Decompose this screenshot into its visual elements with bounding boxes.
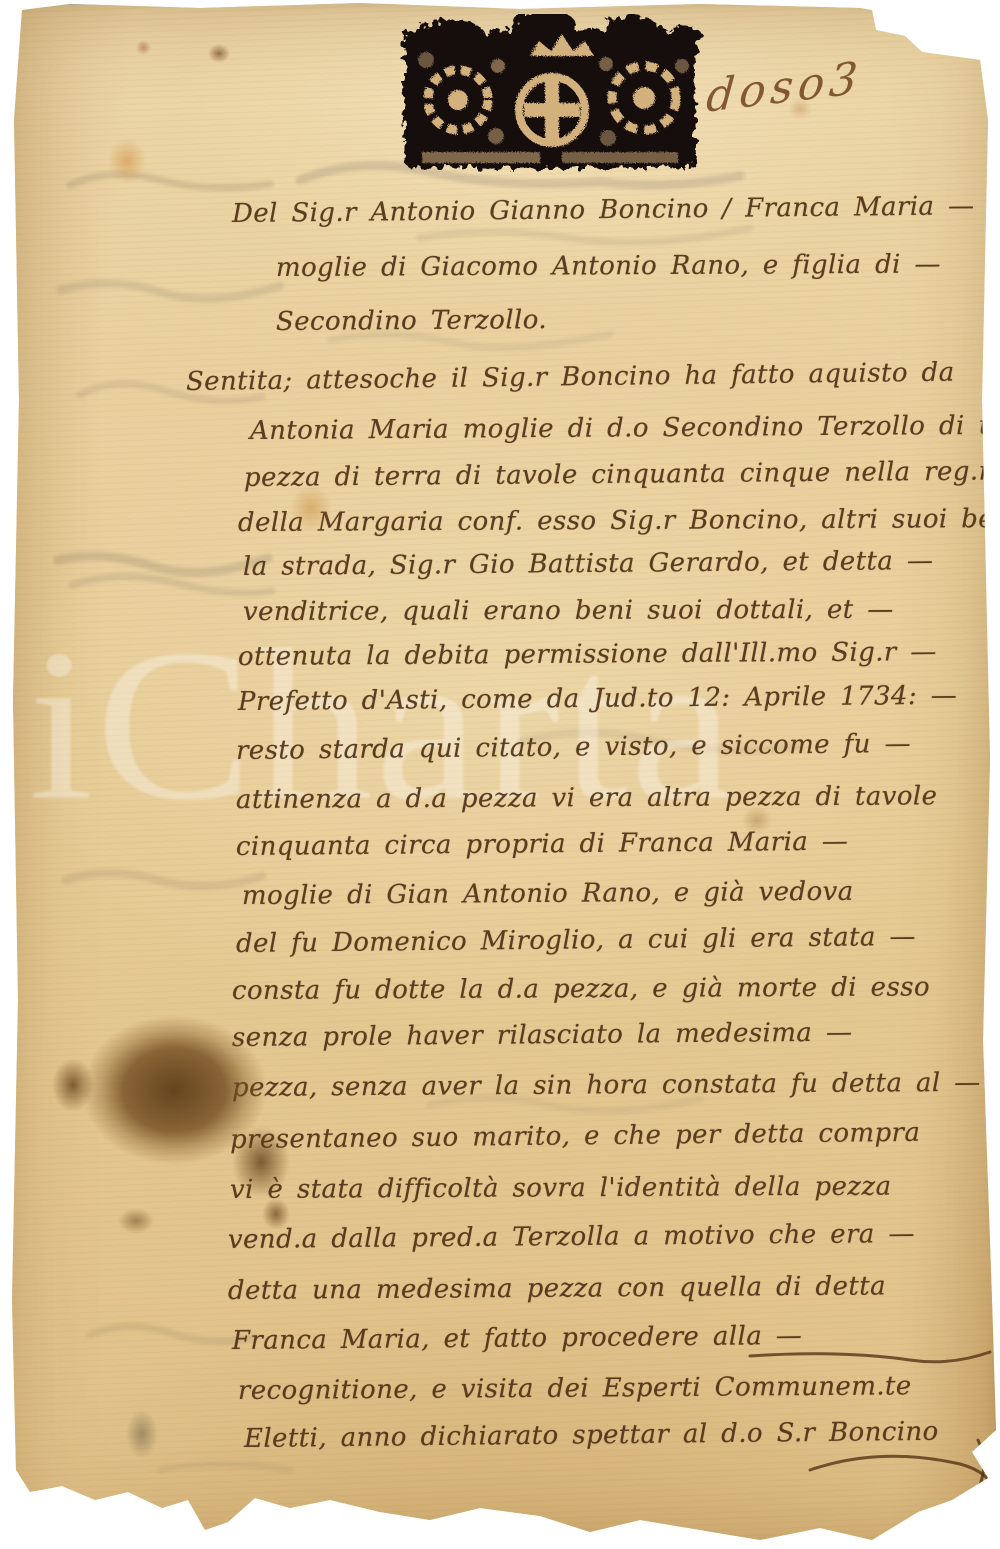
manuscript-paper: iCharta [0, 0, 1000, 1549]
scanned-document: iCharta [0, 0, 1000, 1549]
manuscript-line: cinquanta circa propria di Franca Maria … [236, 828, 849, 863]
manuscript-line: senza prole haver rilasciato la medesima… [232, 1019, 853, 1054]
manuscript-line: detta una medesima pezza con quella di d… [228, 1272, 886, 1306]
pen-flourish [740, 1320, 1000, 1530]
manuscript-line: pezza, senza aver la sin hora constata f… [232, 1069, 981, 1104]
scan-edge-artifact [25, 0, 245, 5]
manuscript-line: la strada, Sig.r Gio Battista Gerardo, e… [243, 547, 934, 583]
manuscript-line: Franca Maria, et fatto procedere alla — [232, 1322, 803, 1357]
manuscript-line: attinenza a d.a pezza vi era altra pezza… [236, 782, 938, 816]
revenue-stamp-icon [392, 14, 714, 178]
manuscript-line: vend.a dalla pred.a Terzolla a motivo ch… [228, 1220, 915, 1256]
manuscript-line: ottenuta la debita permissione dall'Ill.… [238, 638, 937, 673]
manuscript-line: Prefetto d'Asti, come da Jud.to 12: Apri… [238, 682, 957, 718]
manuscript-line: vi è stata difficoltà sovra l'identità d… [230, 1173, 892, 1206]
manuscript-line: Secondino Terzollo. [276, 306, 547, 338]
manuscript-line: moglie di Gian Antonio Rano, e già vedov… [242, 878, 854, 912]
manuscript-line: della Margaria conf. esso Sig.r Boncino,… [238, 505, 1000, 539]
manuscript-line: moglie di Giacomo Antonio Rano, e figlia… [276, 251, 941, 284]
manuscript-line: consta fu dotte la d.a pezza, e già mort… [232, 973, 930, 1007]
manuscript-line: Antonia Maria moglie di d.o Secondino Te… [250, 412, 1000, 447]
manuscript-line: venditrice, quali erano beni suoi dottal… [243, 596, 894, 628]
